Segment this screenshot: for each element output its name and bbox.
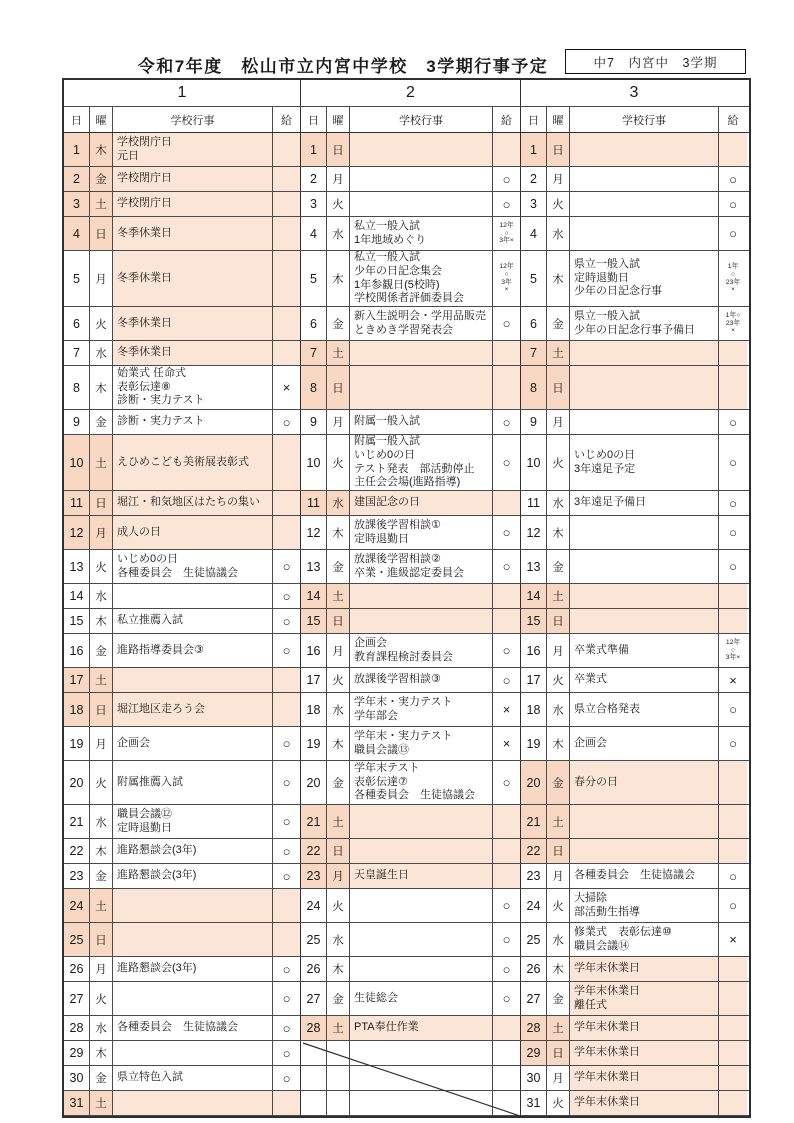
col-header-day: 日: [64, 107, 90, 132]
day-cell: 2: [301, 167, 327, 191]
weekday-cell: 土: [90, 1091, 113, 1115]
day-cell: 8: [301, 366, 327, 409]
weekday-cell: 金: [547, 761, 570, 804]
lunch-cell: [273, 516, 301, 549]
lunch-cell: ○: [493, 167, 521, 191]
lunch-cell: [273, 192, 301, 216]
table-row: 4日冬季休業日4水私立一般入試 1年地域めぐり12年 ○ 3年×4水○: [64, 217, 749, 251]
event-cell: 附属一般入試: [350, 410, 493, 434]
lunch-cell: 1年○ 23年 ×: [719, 307, 747, 340]
lunch-cell: ○: [273, 805, 301, 838]
weekday-cell-empty: [327, 1066, 350, 1090]
weekday-cell: 土: [90, 889, 113, 922]
lunch-cell: ○: [493, 634, 521, 667]
lunch-cell: ○: [273, 550, 301, 583]
weekday-cell: 日: [327, 366, 350, 409]
lunch-cell: ○: [719, 516, 747, 549]
day-cell: 3: [521, 192, 547, 216]
weekday-cell: 土: [547, 341, 570, 365]
lunch-cell: ○: [273, 1066, 301, 1090]
weekday-cell: 日: [327, 133, 350, 166]
event-cell: 進路懇談会(3年): [113, 864, 273, 888]
weekday-cell: 月: [327, 167, 350, 191]
lunch-cell: ×: [493, 693, 521, 726]
day-cell: 9: [64, 410, 90, 434]
col-header-weekday: 曜: [327, 107, 350, 132]
table-row: 22木進路懇談会(3年)○22日22日: [64, 839, 749, 864]
table-row: 12月成人の日12木放課後学習相談① 定時退勤日○12木○: [64, 516, 749, 550]
day-cell: 10: [301, 435, 327, 490]
event-cell: [350, 805, 493, 838]
weekday-cell: 日: [327, 839, 350, 863]
lunch-cell: [273, 251, 301, 306]
event-cell: 卒業式: [570, 668, 719, 692]
day-cell: 7: [64, 341, 90, 365]
event-cell: 学年末テスト 表彰伝達⑦ 各種委員会 生徒協議会: [350, 761, 493, 804]
weekday-cell: 月: [547, 410, 570, 434]
event-cell: 生徒総会: [350, 982, 493, 1015]
event-cell: 職員会議⑫ 定時退勤日: [113, 805, 273, 838]
day-cell: 21: [64, 805, 90, 838]
lunch-cell: ○: [719, 727, 747, 760]
day-cell: 19: [64, 727, 90, 760]
day-cell: 19: [301, 727, 327, 760]
day-cell: 10: [521, 435, 547, 490]
event-cell: [350, 133, 493, 166]
weekday-cell: 金: [90, 1066, 113, 1090]
lunch-cell: ×: [493, 727, 521, 760]
weekday-cell: 火: [547, 668, 570, 692]
event-cell: いじめ0の日 3年遠足予定: [570, 435, 719, 490]
day-cell: 27: [521, 982, 547, 1015]
lunch-cell: ○: [719, 693, 747, 726]
day-cell: 22: [521, 839, 547, 863]
weekday-cell: 月: [327, 634, 350, 667]
event-cell: 各種委員会 生徒協議会: [570, 864, 719, 888]
lunch-cell: [273, 923, 301, 956]
lunch-cell: ×: [273, 366, 301, 409]
lunch-cell: ○: [493, 192, 521, 216]
weekday-cell: 金: [90, 410, 113, 434]
weekday-cell: 月: [547, 167, 570, 191]
col-header-day: 日: [301, 107, 327, 132]
weekday-cell: 火: [90, 550, 113, 583]
day-cell: 9: [521, 410, 547, 434]
day-cell: 15: [521, 609, 547, 633]
event-cell: 冬季休業日: [113, 251, 273, 306]
lunch-cell: [273, 491, 301, 515]
day-cell: 12: [64, 516, 90, 549]
weekday-cell: 火: [327, 668, 350, 692]
lunch-cell: [273, 217, 301, 250]
lunch-cell: [719, 1041, 747, 1065]
lunch-cell: ○: [273, 864, 301, 888]
event-cell: [113, 923, 273, 956]
event-cell: [113, 982, 273, 1015]
event-cell: 春分の日: [570, 761, 719, 804]
col-header-event: 学校行事: [113, 107, 273, 132]
lunch-cell: [719, 805, 747, 838]
table-row: 13火いじめ0の日 各種委員会 生徒協議会○13金放課後学習相談② 卒業・進級認…: [64, 550, 749, 584]
lunch-cell: [719, 957, 747, 981]
lunch-cell: ○: [719, 217, 747, 250]
day-cell: 23: [521, 864, 547, 888]
event-cell: 放課後学習相談① 定時退勤日: [350, 516, 493, 549]
event-cell: [350, 366, 493, 409]
table-row: 18日堀江地区走ろう会18水学年末・実力テスト 学年部会×18水県立合格発表○: [64, 693, 749, 727]
weekday-cell: 金: [327, 550, 350, 583]
weekday-cell: 月: [547, 634, 570, 667]
day-cell-empty: [301, 1066, 327, 1090]
lunch-cell: ○: [719, 435, 747, 490]
event-cell: [350, 923, 493, 956]
event-cell: 卒業式準備: [570, 634, 719, 667]
weekday-cell: 火: [547, 889, 570, 922]
event-cell: 放課後学習相談② 卒業・進級認定委員会: [350, 550, 493, 583]
day-cell: 3: [301, 192, 327, 216]
table-row: 28水各種委員会 生徒協議会○28土PTA奉仕作業28土学年末休業日: [64, 1016, 749, 1041]
weekday-cell: 火: [547, 192, 570, 216]
event-cell: 各種委員会 生徒協議会: [113, 1016, 273, 1040]
lunch-cell: 12年 ○ 3年×: [719, 634, 747, 667]
table-row: 17土17火放課後学習相談③○17火卒業式×: [64, 668, 749, 693]
weekday-cell: 日: [547, 133, 570, 166]
event-cell: [350, 889, 493, 922]
weekday-cell: 火: [327, 192, 350, 216]
weekday-cell: 水: [327, 217, 350, 250]
day-cell: 22: [64, 839, 90, 863]
lunch-cell: [493, 1016, 521, 1040]
day-cell: 12: [301, 516, 327, 549]
lunch-cell: ○: [273, 727, 301, 760]
event-cell: [350, 957, 493, 981]
weekday-cell: 火: [90, 307, 113, 340]
table-row: 8木始業式 任命式 表彰伝達⑧ 診断・実力テスト×8日8日: [64, 366, 749, 410]
weekday-cell: 月: [327, 410, 350, 434]
weekday-cell: 木: [90, 1041, 113, 1065]
day-cell: 5: [64, 251, 90, 306]
page: 令和7年度 松山市立内宮中学校 3学期行事予定 中7 内宮中 3学期 123日曜…: [0, 0, 794, 1123]
day-cell: 5: [521, 251, 547, 306]
event-cell: [570, 167, 719, 191]
table-row: 15木私立推薦入試○15日15日: [64, 609, 749, 634]
day-cell-empty: [301, 1041, 327, 1065]
event-cell: 学年末休業日: [570, 1091, 719, 1115]
day-cell: 19: [521, 727, 547, 760]
day-cell: 15: [64, 609, 90, 633]
lunch-cell: [493, 133, 521, 166]
day-cell: 14: [521, 584, 547, 608]
table-row: 26月進路懇談会(3年)○26木○26木学年末休業日: [64, 957, 749, 982]
event-cell: 私立推薦入試: [113, 609, 273, 633]
event-cell: [570, 609, 719, 633]
event-cell: [570, 133, 719, 166]
weekday-cell: 土: [547, 584, 570, 608]
event-cell: [113, 668, 273, 692]
lunch-cell: [719, 1091, 747, 1115]
weekday-cell: 土: [327, 805, 350, 838]
event-cell: 企画会: [570, 727, 719, 760]
day-cell: 17: [64, 668, 90, 692]
day-cell: 23: [64, 864, 90, 888]
table-row: 7水冬季休業日7土7土: [64, 341, 749, 366]
weekday-cell: 日: [547, 366, 570, 409]
weekday-cell: 土: [327, 341, 350, 365]
weekday-cell: 水: [90, 1016, 113, 1040]
lunch-cell: ×: [719, 923, 747, 956]
lunch-cell: ○: [493, 889, 521, 922]
weekday-cell: 金: [90, 864, 113, 888]
event-cell: 学年末・実力テスト 学年部会: [350, 693, 493, 726]
day-cell: 21: [301, 805, 327, 838]
event-cell: 学年末休業日: [570, 1066, 719, 1090]
weekday-cell: 金: [327, 307, 350, 340]
event-cell: 企画会 教育課程検討委員会: [350, 634, 493, 667]
lunch-cell: ○: [273, 609, 301, 633]
lunch-cell: [719, 839, 747, 863]
day-cell: 24: [521, 889, 547, 922]
weekday-cell: 日: [547, 609, 570, 633]
weekday-cell: 木: [547, 727, 570, 760]
weekday-cell: 土: [327, 584, 350, 608]
table-row: 2金学校閉庁日2月○2月○: [64, 167, 749, 192]
day-cell: 25: [64, 923, 90, 956]
event-cell: 成人の日: [113, 516, 273, 549]
weekday-cell: 日: [547, 1041, 570, 1065]
day-cell: 29: [521, 1041, 547, 1065]
event-cell: [113, 584, 273, 608]
event-cell: [570, 217, 719, 250]
table-row: 16金進路指導委員会③○16月企画会 教育課程検討委員会○16月卒業式準備12年…: [64, 634, 749, 668]
lunch-cell: ○: [719, 889, 747, 922]
event-cell: 大掃除 部活動生指導: [570, 889, 719, 922]
event-cell: 私立一般入試 少年の日記念集会 1年参観日(5校時) 学校関係者評価委員会: [350, 251, 493, 306]
lunch-cell: ○: [719, 410, 747, 434]
day-cell: 26: [521, 957, 547, 981]
day-cell: 4: [301, 217, 327, 250]
lunch-cell: [273, 1091, 301, 1115]
weekday-cell: 木: [327, 251, 350, 306]
day-cell: 7: [301, 341, 327, 365]
lunch-cell: ○: [493, 923, 521, 956]
day-cell: 24: [64, 889, 90, 922]
weekday-cell: 土: [90, 435, 113, 490]
event-cell: 県立合格発表: [570, 693, 719, 726]
event-cell: 県立一般入試 定時退勤日 少年の日記念行事: [570, 251, 719, 306]
event-cell: [570, 192, 719, 216]
event-cell-empty: [350, 1041, 493, 1065]
event-cell: [350, 839, 493, 863]
event-cell: [350, 167, 493, 191]
page-title: 令和7年度 松山市立内宮中学校 3学期行事予定: [63, 52, 623, 77]
table-row: 31土31火学年末休業日: [64, 1091, 749, 1116]
event-cell: [350, 609, 493, 633]
corner-box: 中7 内宮中 3学期: [565, 49, 746, 74]
lunch-cell: [493, 609, 521, 633]
day-cell: 14: [301, 584, 327, 608]
weekday-cell: 木: [90, 609, 113, 633]
table-row: 6火冬季休業日6金新入生説明会・学用品販売 ときめき学習発表会○6金県立一般入試…: [64, 307, 749, 341]
day-cell: 17: [521, 668, 547, 692]
table-row: 30金県立特色入試○30月学年末休業日: [64, 1066, 749, 1091]
weekday-cell: 月: [90, 957, 113, 981]
event-cell: 冬季休業日: [113, 307, 273, 340]
weekday-cell: 日: [90, 923, 113, 956]
lunch-cell: [273, 167, 301, 191]
event-cell: [570, 410, 719, 434]
weekday-cell: 土: [90, 192, 113, 216]
day-cell: 11: [301, 491, 327, 515]
day-cell: 25: [521, 923, 547, 956]
event-cell: 企画会: [113, 727, 273, 760]
table-row: 19月企画会○19木学年末・実力テスト 職員会議⑬×19木企画会○: [64, 727, 749, 761]
weekday-cell: 日: [90, 491, 113, 515]
col-header-event: 学校行事: [570, 107, 719, 132]
day-cell: 31: [64, 1091, 90, 1115]
day-cell: 4: [64, 217, 90, 250]
weekday-cell: 月: [90, 516, 113, 549]
weekday-cell: 土: [327, 1016, 350, 1040]
day-cell: 4: [521, 217, 547, 250]
day-cell: 2: [521, 167, 547, 191]
day-cell: 1: [301, 133, 327, 166]
day-cell: 23: [301, 864, 327, 888]
col-header-weekday: 曜: [90, 107, 113, 132]
day-cell: 9: [301, 410, 327, 434]
event-cell: [350, 192, 493, 216]
lunch-cell: [493, 864, 521, 888]
event-cell: 堀江・和気地区はたちの集い: [113, 491, 273, 515]
lunch-cell: ○: [273, 1016, 301, 1040]
lunch-cell-empty: [493, 1041, 521, 1065]
lunch-cell: ○: [493, 668, 521, 692]
event-cell-empty: [350, 1066, 493, 1090]
day-cell: 22: [301, 839, 327, 863]
event-cell: 県立特色入試: [113, 1066, 273, 1090]
lunch-cell: ○: [273, 982, 301, 1015]
weekday-cell: 水: [327, 923, 350, 956]
event-cell: 冬季休業日: [113, 217, 273, 250]
day-cell: 28: [301, 1016, 327, 1040]
event-cell: 学年末休業日: [570, 1016, 719, 1040]
day-cell: 12: [521, 516, 547, 549]
event-cell: 堀江地区走ろう会: [113, 693, 273, 726]
weekday-cell: 木: [327, 727, 350, 760]
table-row: 10土えひめこども美術展表彰式10火附属一般入試 いじめ0の日 テスト発表 部活…: [64, 435, 749, 491]
month-header-1: 1: [64, 80, 301, 106]
weekday-cell: 金: [547, 982, 570, 1015]
day-cell: 30: [521, 1066, 547, 1090]
day-cell: 3: [64, 192, 90, 216]
day-cell: 8: [521, 366, 547, 409]
day-cell: 14: [64, 584, 90, 608]
weekday-cell: 金: [547, 307, 570, 340]
lunch-cell: ○: [493, 307, 521, 340]
lunch-cell: [719, 982, 747, 1015]
day-cell: 13: [521, 550, 547, 583]
lunch-cell: ○: [273, 410, 301, 434]
weekday-cell: 日: [90, 217, 113, 250]
weekday-cell-empty: [327, 1091, 350, 1115]
lunch-cell: [719, 761, 747, 804]
day-cell: 20: [301, 761, 327, 804]
day-cell: 1: [64, 133, 90, 166]
event-cell: 修業式 表彰伝達⑩ 職員会議⑭: [570, 923, 719, 956]
event-cell: 学校閉庁日: [113, 167, 273, 191]
day-cell: 18: [64, 693, 90, 726]
lunch-cell: ○: [719, 167, 747, 191]
weekday-cell: 金: [90, 634, 113, 667]
table-row: 29木○29日学年末休業日: [64, 1041, 749, 1066]
lunch-cell: [719, 584, 747, 608]
day-cell: 18: [301, 693, 327, 726]
day-cell: 7: [521, 341, 547, 365]
weekday-cell: 木: [90, 133, 113, 166]
weekday-cell: 金: [327, 761, 350, 804]
weekday-cell: 月: [547, 1066, 570, 1090]
lunch-cell-empty: [493, 1066, 521, 1090]
event-cell: [350, 341, 493, 365]
table-row: 20火附属推薦入試○20金学年末テスト 表彰伝達⑦ 各種委員会 生徒協議会○20…: [64, 761, 749, 805]
event-cell: 進路指導委員会③: [113, 634, 273, 667]
weekday-cell: 日: [327, 609, 350, 633]
event-cell: [570, 516, 719, 549]
day-cell: 21: [521, 805, 547, 838]
col-header-lunch: 給: [719, 107, 747, 132]
event-cell: [350, 584, 493, 608]
lunch-cell: ○: [273, 634, 301, 667]
day-cell: 27: [301, 982, 327, 1015]
day-cell: 31: [521, 1091, 547, 1115]
lunch-cell: ○: [719, 864, 747, 888]
lunch-cell: [273, 693, 301, 726]
weekday-cell: 土: [547, 805, 570, 838]
event-cell: 学年末・実力テスト 職員会議⑬: [350, 727, 493, 760]
weekday-cell: 木: [327, 516, 350, 549]
day-cell: 28: [521, 1016, 547, 1040]
day-cell: 11: [64, 491, 90, 515]
event-cell: 学年末休業日 離任式: [570, 982, 719, 1015]
weekday-cell: 火: [327, 435, 350, 490]
lunch-cell: ○: [719, 192, 747, 216]
day-cell: 29: [64, 1041, 90, 1065]
event-cell: 進路懇談会(3年): [113, 839, 273, 863]
event-cell: 附属一般入試 いじめ0の日 テスト発表 部活動停止 主任会会場(進路指導): [350, 435, 493, 490]
event-cell: [570, 341, 719, 365]
month-header-3: 3: [521, 80, 747, 106]
weekday-cell: 月: [90, 251, 113, 306]
lunch-cell: 1年 ○ 23年 ×: [719, 251, 747, 306]
event-cell: いじめ0の日 各種委員会 生徒協議会: [113, 550, 273, 583]
event-cell: 進路懇談会(3年): [113, 957, 273, 981]
lunch-cell: [493, 584, 521, 608]
event-cell: 学校閉庁日 元日: [113, 133, 273, 166]
lunch-cell: [493, 366, 521, 409]
col-header-event: 学校行事: [350, 107, 493, 132]
lunch-cell: ○: [493, 410, 521, 434]
lunch-cell: [493, 491, 521, 515]
col-header-weekday: 曜: [547, 107, 570, 132]
weekday-cell: 水: [547, 491, 570, 515]
col-header-day: 日: [521, 107, 547, 132]
day-cell: 26: [301, 957, 327, 981]
lunch-cell: [719, 133, 747, 166]
day-cell: 18: [521, 693, 547, 726]
event-cell: 天皇誕生日: [350, 864, 493, 888]
weekday-cell: 水: [90, 341, 113, 365]
day-cell: 2: [64, 167, 90, 191]
lunch-cell: [493, 805, 521, 838]
